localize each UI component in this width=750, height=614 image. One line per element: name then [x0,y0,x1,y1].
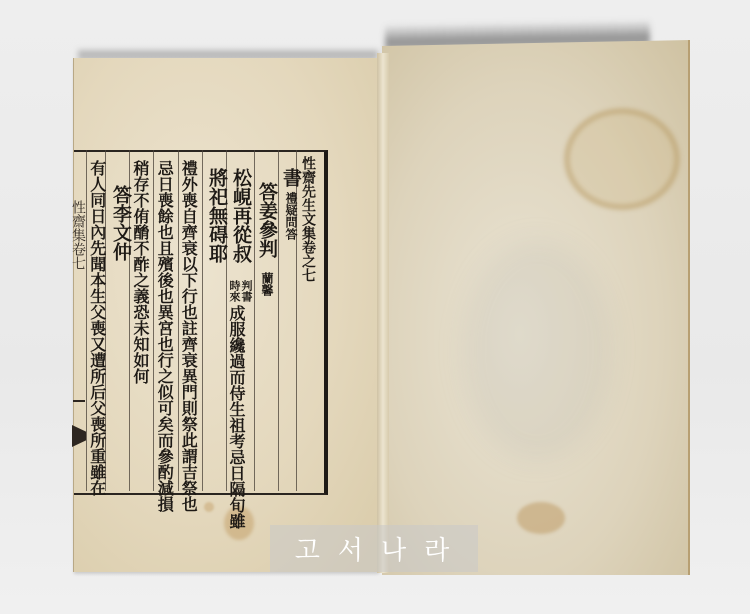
column-rule [202,150,203,491]
column-rule [254,150,255,491]
water-stain [462,240,612,460]
letter-title: 答李文仲 [110,185,132,261]
book-gutter [377,53,389,573]
margin-title: 性齋集卷七 [70,200,85,270]
column-rule [86,150,87,491]
text-column: 松峴再從叔 [230,168,252,263]
letter-recipient-note: 蘭馨 [260,272,273,296]
water-stain [517,502,565,534]
text-column: 禮外喪自齊衰以下行也註齊衰異門則祭此謂吉祭也 [181,160,195,512]
water-stain [564,108,680,210]
section-subheading: 禮疑問答 [284,192,297,240]
margin-page-number [73,400,85,402]
annotation-left: 時來 [228,280,240,302]
right-page [382,40,690,575]
watermark: 고서나라 [270,525,478,572]
section-heading: 書 [280,168,302,187]
column-rule [153,150,154,491]
text-column: 將祀無碍耶 [206,168,228,263]
text-column: 稍存不侑酳不酢之義恐未知如何 [133,160,148,384]
header-column: 性齋先生文集卷之七 [300,156,315,282]
text-column: 成服纔過而侍生祖考忌日隔旬雖 [230,305,243,529]
column-rule [278,150,279,491]
letter-title: 答姜參判 [256,182,278,258]
water-stain [204,502,214,512]
text-column: 有人同日內先聞本生父喪又遭所后父喪所重雖在 [89,160,104,496]
text-column: 忌日喪餘也且殯後也異宮也行之似可矣而參酌減損 [157,160,171,512]
annotation-right: 判書 [240,280,252,302]
